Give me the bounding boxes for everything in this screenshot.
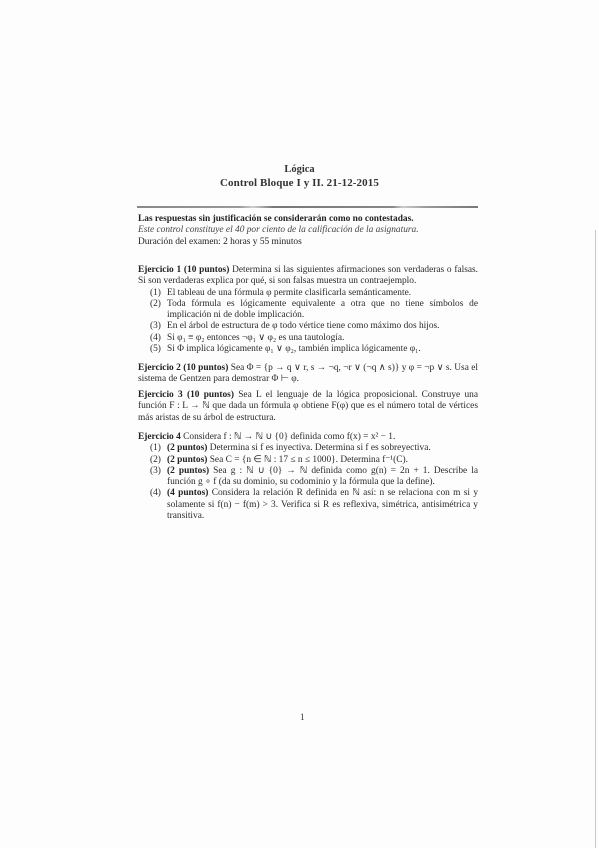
exercise-4-item: (2)(2 puntos) Sea C = {n ∈ ℕ : 17 ≤ n ≤ … [138,455,478,466]
exam-notice: Las respuestas sin justificación se cons… [138,214,478,248]
exercise-1: Ejercicio 1 (10 puntos) Determina si las… [138,265,478,355]
document-subtitle: Control Bloque I y II. 21-12-2015 [0,177,599,189]
exercise-4-text: Considera f : ℕ → ℕ ∪ {0} definida como … [183,432,395,442]
exercise-1-item: (5)Si Φ implica lógicamente φ₁ ∨ φ₂, tam… [138,344,478,355]
exercise-1-item: (3)En el árbol de estructura de φ todo v… [138,321,478,332]
exercise-4-item: (3)(2 puntos) Sea g : ℕ ∪ {0} → ℕ defini… [138,466,478,489]
exercise-1-item: (1)El tableau de una fórmula φ permite c… [138,288,478,299]
page-number: 1 [300,712,305,722]
scan-edge-line [595,230,596,848]
exercise-1-heading: Ejercicio 1 (10 puntos) [138,265,229,275]
exercise-3: Ejercicio 3 (10 puntos) Sea L el lenguaj… [138,390,478,424]
notice-duration: Duración del examen: 2 horas y 55 minuto… [138,237,478,248]
exercise-1-item: (2)Toda fórmula es lógicamente equivalen… [138,299,478,322]
document-title: Lógica [0,164,599,175]
exercise-4-item: (4)(4 puntos) Considera la relación R de… [138,488,478,522]
exercise-1-item: (4)Si φ₁ ≡ φ₂ entonces ¬φ₁ ∨ φ₂ es una t… [138,333,478,344]
exercise-2-heading: Ejercicio 2 (10 puntos) [138,363,228,373]
exam-page: Lógica Control Bloque I y II. 21-12-2015… [0,0,599,848]
exercise-4: Ejercicio 4 Considera f : ℕ → ℕ ∪ {0} de… [138,432,478,522]
exercise-4-item: (1)(2 puntos) Determina si f es inyectiv… [138,443,478,454]
exercise-2: Ejercicio 2 (10 puntos) Sea Φ = {p → q ∨… [138,363,478,386]
notice-weight: Este control constituye el 40 por ciento… [138,225,478,236]
notice-justification: Las respuestas sin justificación se cons… [138,214,478,225]
exercise-3-heading: Ejercicio 3 (10 puntos) [138,390,234,400]
exercise-4-heading: Ejercicio 4 [138,432,181,442]
horizontal-rule [137,206,478,208]
